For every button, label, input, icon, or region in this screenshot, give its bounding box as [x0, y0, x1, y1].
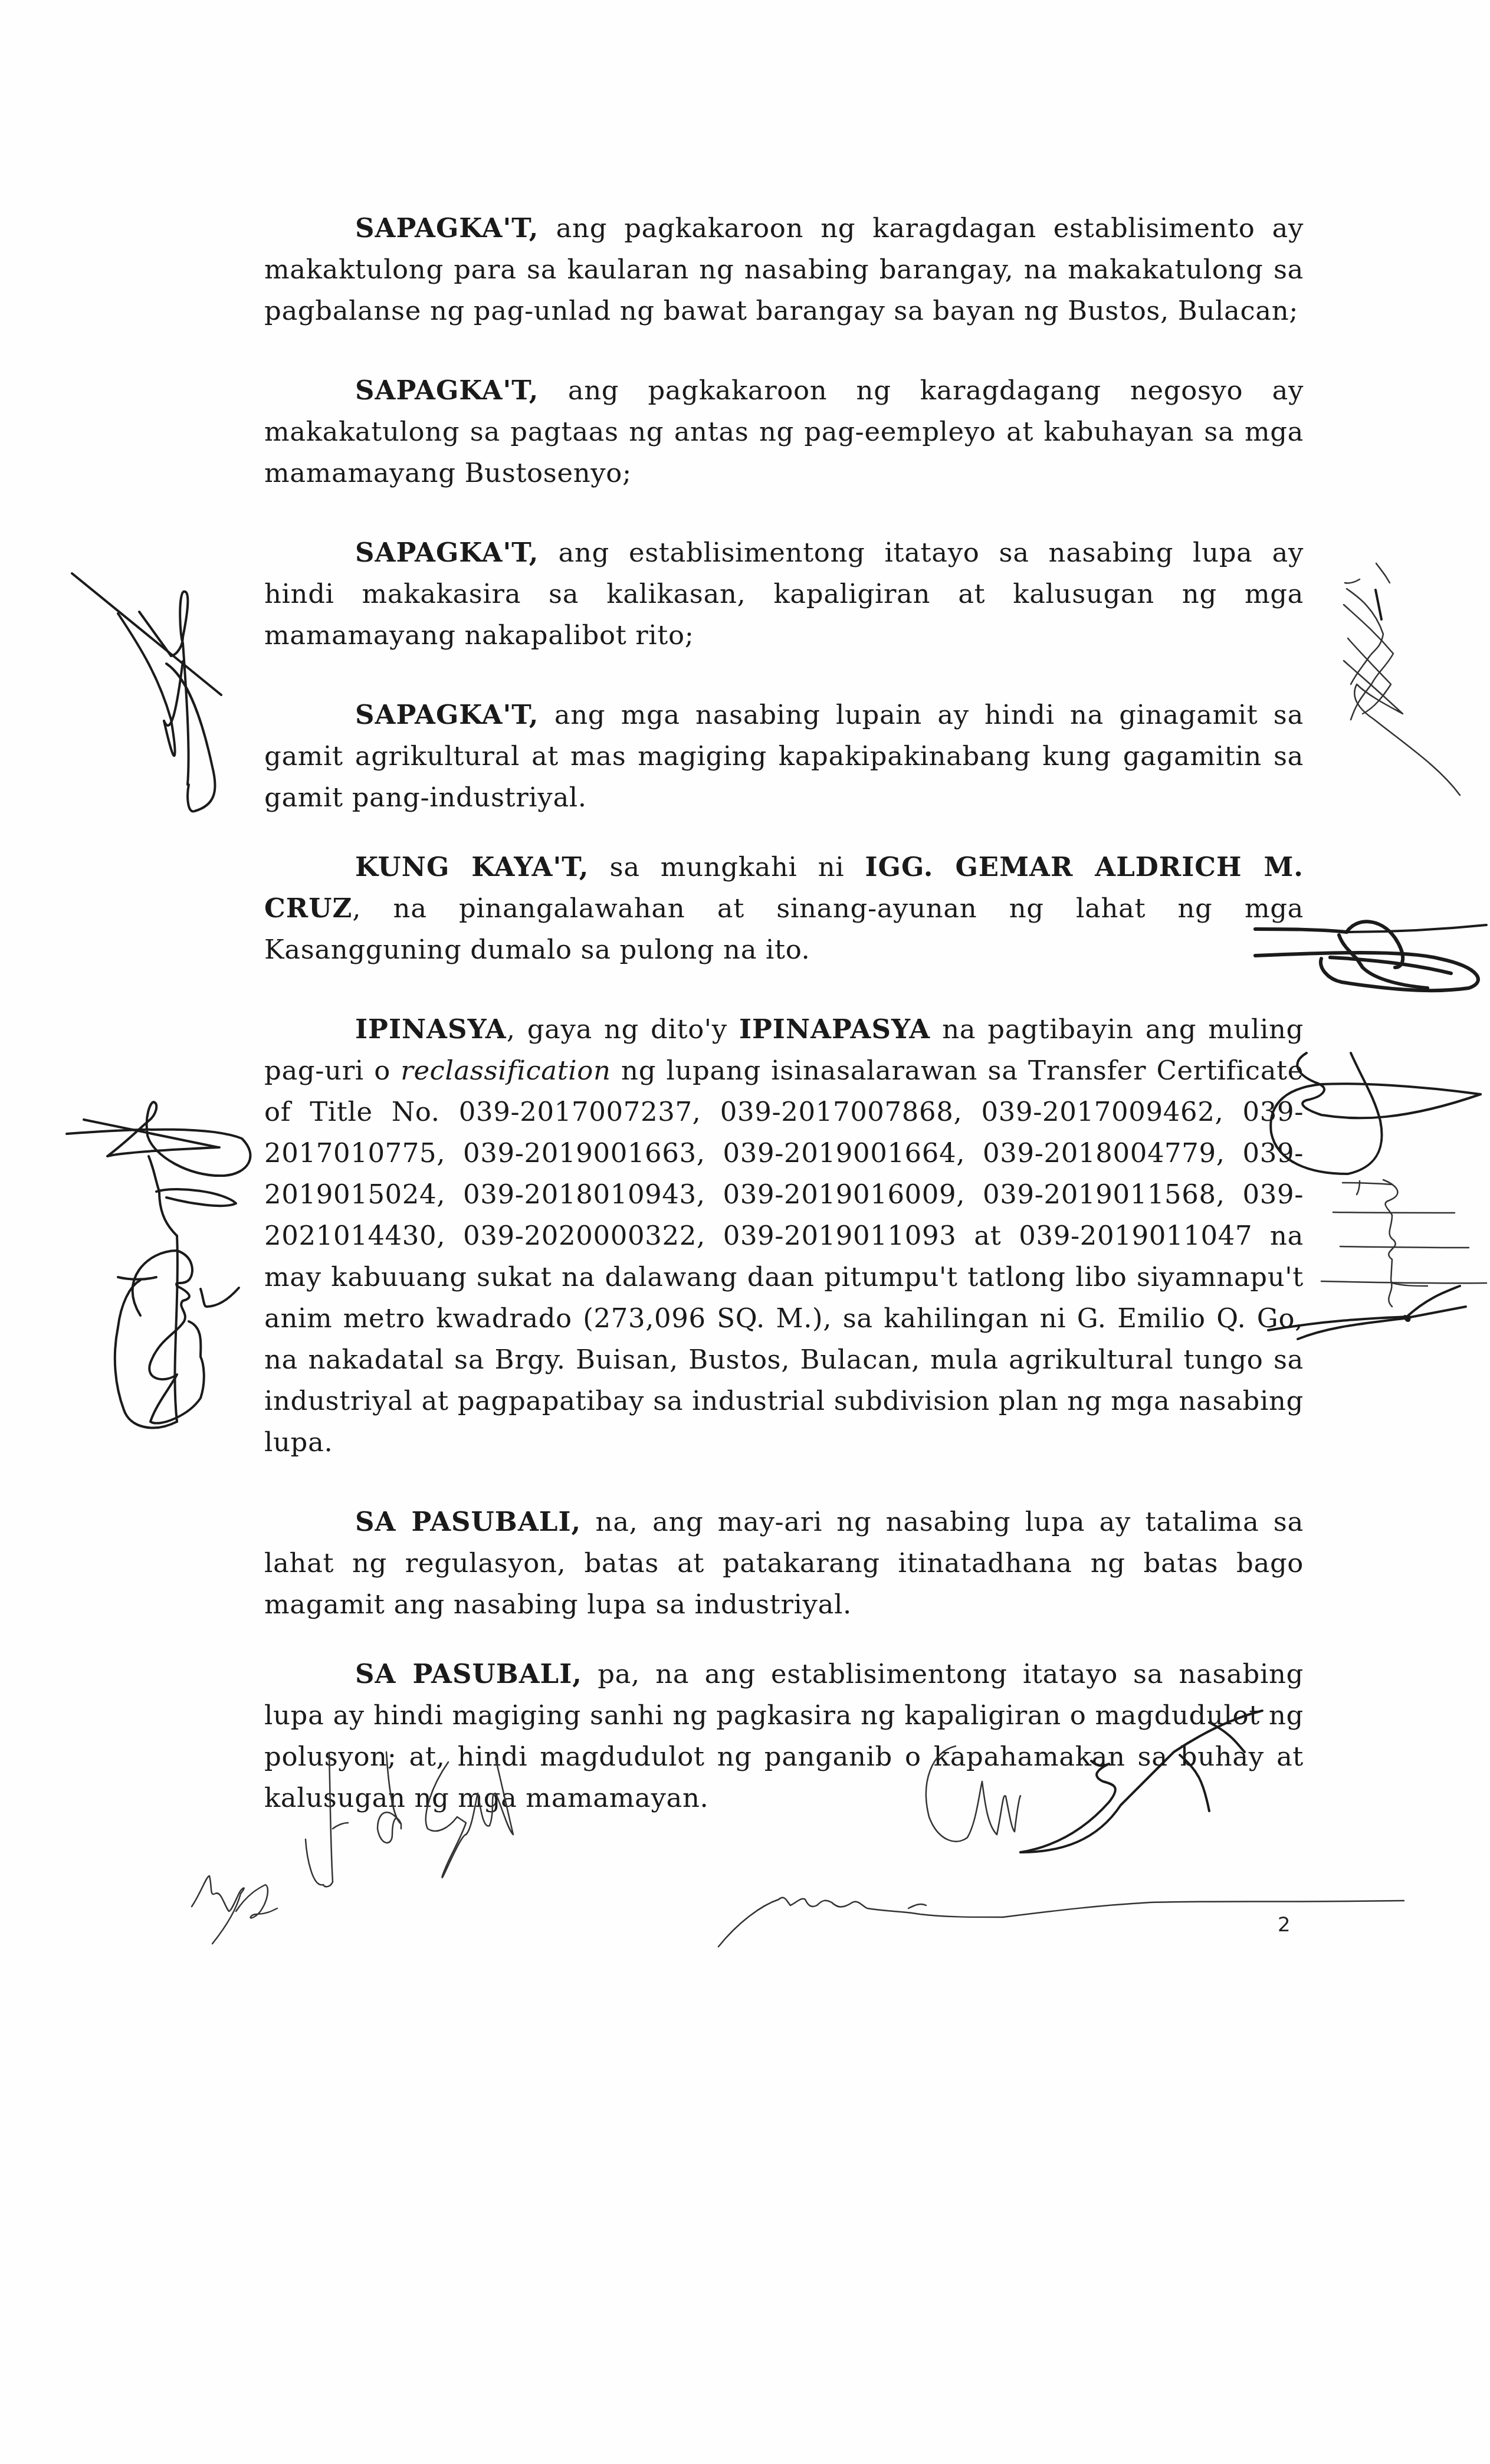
- paragraph-lead: KUNG KAYA'T,: [355, 851, 589, 882]
- paragraph-text: , na pinangalawahan at sinang-ayunan ng …: [264, 893, 1304, 965]
- signature-icon: [718, 1898, 1404, 1947]
- proviso-paragraph-1: SA PASUBALI, na, ang may-ari ng nasabing…: [264, 1501, 1304, 1625]
- signature-icon: [1321, 1180, 1486, 1307]
- whereas-paragraph-3: SAPAGKA'T, ang establisimentong itatayo …: [264, 532, 1304, 656]
- paragraph-text: ng lupang isinasalarawan sa Transfer Cer…: [264, 1055, 1304, 1458]
- italic-term: reclassification: [401, 1055, 611, 1086]
- page-number: 2: [1278, 1913, 1291, 1937]
- paragraph-lead: SA PASUBALI,: [355, 1506, 581, 1537]
- signature-icon: [1344, 563, 1460, 795]
- whereas-paragraph-1: SAPAGKA'T, ang pagkakaroon ng karagdagan…: [264, 208, 1304, 332]
- signature-icon: [72, 573, 221, 812]
- signature-icon: [115, 1236, 239, 1428]
- document-page: SAPAGKA'T, ang pagkakaroon ng karagdagan…: [0, 0, 1490, 2464]
- signature-icon: [192, 1876, 277, 1944]
- whereas-paragraph-4: SAPAGKA'T, ang mga nasabing lupain ay hi…: [264, 694, 1304, 818]
- paragraph-lead-2: IPINAPASYA: [739, 1013, 930, 1045]
- paragraph-text: sa mungkahi ni: [589, 851, 865, 882]
- paragraph-lead: IPINASYA: [355, 1013, 507, 1045]
- document-body: SAPAGKA'T, ang pagkakaroon ng karagdagan…: [264, 208, 1304, 1819]
- resolved-paragraph: IPINASYA, gaya ng dito'y IPINAPASYA na p…: [264, 1009, 1304, 1463]
- paragraph-lead: SAPAGKA'T,: [355, 537, 539, 568]
- paragraph-text: , gaya ng dito'y: [507, 1013, 739, 1045]
- whereas-paragraph-2: SAPAGKA'T, ang pagkakaroon ng karagdagan…: [264, 370, 1304, 494]
- paragraph-lead: SAPAGKA'T,: [355, 212, 539, 244]
- paragraph-lead: SAPAGKA'T,: [355, 699, 539, 730]
- paragraph-lead: SAPAGKA'T,: [355, 375, 539, 406]
- paragraph-lead: SA PASUBALI,: [355, 1658, 582, 1689]
- motion-paragraph: KUNG KAYA'T, sa mungkahi ni IGG. GEMAR A…: [264, 847, 1304, 970]
- proviso-paragraph-2: SA PASUBALI, pa, na ang establisimentong…: [264, 1653, 1304, 1819]
- signature-icon: [67, 1102, 250, 1236]
